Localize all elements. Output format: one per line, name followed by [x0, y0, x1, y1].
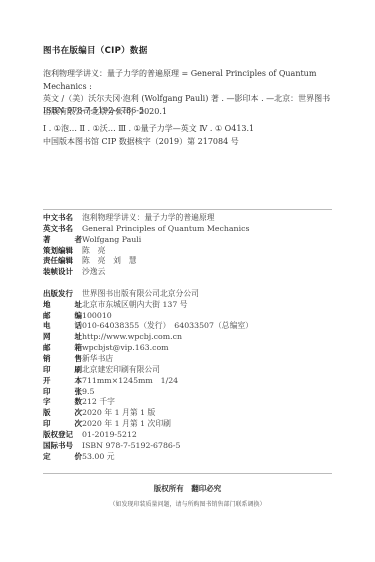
info-label: 网址	[43, 332, 82, 343]
info-row: 英文书名General Principles of Quantum Mechan…	[43, 224, 332, 235]
quality-note: （如发现印装质量问题，请与所购图书销售部门联系调换）	[0, 499, 375, 508]
info-label-part: 印	[43, 419, 51, 430]
info-value: 新华书店	[82, 354, 113, 365]
info-row: 策划编辑陈 亮	[43, 246, 332, 257]
info-label: 著者	[43, 235, 82, 246]
info-label-part: 刷	[75, 365, 83, 376]
info-label-part: 话	[75, 321, 83, 332]
info-label: 英文书名	[43, 224, 82, 235]
info-label-part: 中文书名	[43, 213, 73, 224]
info-row: 版次2020 年 1 月第 1 版	[43, 408, 332, 419]
info-row: 电话010-64038355（发行） 64033507（总编室）	[43, 321, 332, 332]
info-label-part: 次	[75, 408, 83, 419]
info-label-part: 售	[75, 354, 83, 365]
info-label-part: 价	[75, 452, 83, 463]
info-value: 212 千字	[82, 397, 115, 408]
info-value: 世界图书出版有限公司北京分公司	[82, 289, 199, 300]
info-value: 2020 年 1 月第 1 次印刷	[82, 419, 171, 430]
info-label-part: 址	[75, 332, 83, 343]
info-label: 印次	[43, 419, 82, 430]
info-label-part: 编	[75, 311, 83, 322]
cip-line: 泡利物理学讲义：量子力学的普遍原理 = General Principles o…	[43, 68, 335, 93]
info-label-part: 邮	[43, 343, 51, 354]
info-label-part: 国际书号	[43, 441, 73, 452]
info-label-part: 网	[43, 332, 51, 343]
cip-header: 图书在版编目（CIP）数据	[43, 44, 148, 56]
info-value: 北京建宏印刷有限公司	[82, 365, 160, 376]
info-value: 陈 亮	[82, 246, 105, 257]
info-label-part: 版权登记	[43, 430, 73, 441]
info-value: http://www.wpcbj.com.cn	[82, 332, 182, 343]
bottom-divider	[43, 473, 332, 474]
info-label-part: 邮	[43, 311, 51, 322]
cip-line: 英文 /（美）沃尔夫冈·泡利 (Wolfgang Pauli) 著 . —影印本…	[43, 93, 335, 106]
info-value: 泡利物理学讲义：量子力学的普遍原理	[82, 213, 215, 224]
info-row: 责任编辑陈 亮 刘 慧	[43, 256, 332, 267]
info-value: 711mm×1245mm 1/24	[82, 376, 178, 387]
cip-classification-block: Ⅰ . ①泡… Ⅱ . ①沃… Ⅲ . ①量子力学—英文 Ⅳ . ① O413.…	[43, 122, 254, 148]
info-label: 国际书号	[43, 441, 82, 452]
info-label-part: 定	[43, 452, 51, 463]
info-label: 印张	[43, 387, 82, 398]
info-label: 策划编辑	[43, 246, 82, 257]
info-label-part: 次	[75, 419, 83, 430]
info-row: 著者Wolfgang Pauli	[43, 235, 332, 246]
top-divider	[43, 209, 332, 210]
info-value: 2020 年 1 月第 1 版	[82, 408, 155, 419]
info-row: 版权登记01-2019-5212	[43, 430, 332, 441]
info-value: 53.00 元	[82, 452, 115, 463]
info-label-part: 者	[75, 235, 83, 246]
info-row	[43, 278, 332, 289]
info-label	[43, 278, 82, 289]
info-label: 开本	[43, 376, 82, 387]
info-value: General Principles of Quantum Mechanics	[82, 224, 249, 235]
info-label-part: 装帧设计	[43, 267, 73, 278]
info-value: ISBN 978-7-5192-6786-5	[82, 441, 180, 452]
info-label-part: 电	[43, 321, 51, 332]
info-value: 沙逸云	[82, 267, 105, 278]
info-label-part: 数	[75, 397, 83, 408]
info-label: 字数	[43, 397, 82, 408]
info-label: 印刷	[43, 365, 82, 376]
info-label-part: 著	[43, 235, 51, 246]
copyright-page: 图书在版编目（CIP）数据 泡利物理学讲义：量子力学的普遍原理 = Genera…	[0, 0, 375, 562]
info-label-part: 出版发行	[43, 289, 73, 300]
info-label: 邮箱	[43, 343, 82, 354]
info-label: 版次	[43, 408, 82, 419]
info-row: 国际书号ISBN 978-7-5192-6786-5	[43, 441, 332, 452]
info-label-part: 策划编辑	[43, 246, 73, 257]
info-label-part: 销	[43, 354, 51, 365]
info-label-part: 张	[75, 387, 83, 398]
info-row: 销售新华书店	[43, 354, 332, 365]
cip-isbn: ISBN 978-7-5192-6786-5	[43, 106, 144, 115]
info-value: 陈 亮 刘 慧	[82, 256, 137, 267]
info-label-part: 址	[75, 300, 83, 311]
info-label-part: 字	[43, 397, 51, 408]
info-label: 定价	[43, 452, 82, 463]
info-label-part: 本	[75, 376, 83, 387]
info-row: 印次2020 年 1 月第 1 次印刷	[43, 419, 332, 430]
info-row: 印刷北京建宏印刷有限公司	[43, 365, 332, 376]
info-label: 销售	[43, 354, 82, 365]
info-row: 印张9.5	[43, 387, 332, 398]
info-row: 开本711mm×1245mm 1/24	[43, 376, 332, 387]
cip-number: 中国版本图书馆 CIP 数据核字（2019）第 217084 号	[43, 135, 254, 148]
info-label-part: 地	[43, 300, 51, 311]
info-value: Wolfgang Pauli	[82, 235, 141, 246]
info-row: 装帧设计沙逸云	[43, 267, 332, 278]
info-label-part: 印	[43, 387, 51, 398]
info-value: 北京市东城区朝内大街 137 号	[82, 300, 188, 311]
info-value: 9.5	[82, 387, 94, 398]
info-label: 中文书名	[43, 213, 82, 224]
info-row: 网址http://www.wpcbj.com.cn	[43, 332, 332, 343]
info-label: 邮编	[43, 311, 82, 322]
info-value: 100010	[82, 311, 112, 322]
rights-statement: 版权所有 翻印必究	[0, 483, 375, 494]
info-label-part: 英文书名	[43, 224, 73, 235]
info-label-part: 开	[43, 376, 51, 387]
info-row: 中文书名泡利物理学讲义：量子力学的普遍原理	[43, 213, 332, 224]
info-row: 定价53.00 元	[43, 452, 332, 463]
info-value: wpcbjst@vip.163.com	[82, 343, 169, 354]
info-row: 地址北京市东城区朝内大街 137 号	[43, 300, 332, 311]
info-row: 字数212 千字	[43, 397, 332, 408]
info-label: 出版发行	[43, 289, 82, 300]
info-row: 邮编100010	[43, 311, 332, 322]
cip-classification: Ⅰ . ①泡… Ⅱ . ①沃… Ⅲ . ①量子力学—英文 Ⅳ . ① O413.…	[43, 122, 254, 135]
info-label-part: 印	[43, 365, 51, 376]
info-label-part: 责任编辑	[43, 256, 73, 267]
info-label: 电话	[43, 321, 82, 332]
info-label: 装帧设计	[43, 267, 82, 278]
info-value: 010-64038355（发行） 64033507（总编室）	[82, 321, 253, 332]
info-row: 出版发行世界图书出版有限公司北京分公司	[43, 289, 332, 300]
info-label: 版权登记	[43, 430, 82, 441]
info-label: 责任编辑	[43, 256, 82, 267]
info-label: 地址	[43, 300, 82, 311]
info-row: 邮箱wpcbjst@vip.163.com	[43, 343, 332, 354]
info-label-part: 版	[43, 408, 51, 419]
info-value: 01-2019-5212	[82, 430, 137, 441]
publication-info: 中文书名泡利物理学讲义：量子力学的普遍原理英文书名General Princip…	[43, 213, 332, 462]
info-label-part: 箱	[75, 343, 83, 354]
